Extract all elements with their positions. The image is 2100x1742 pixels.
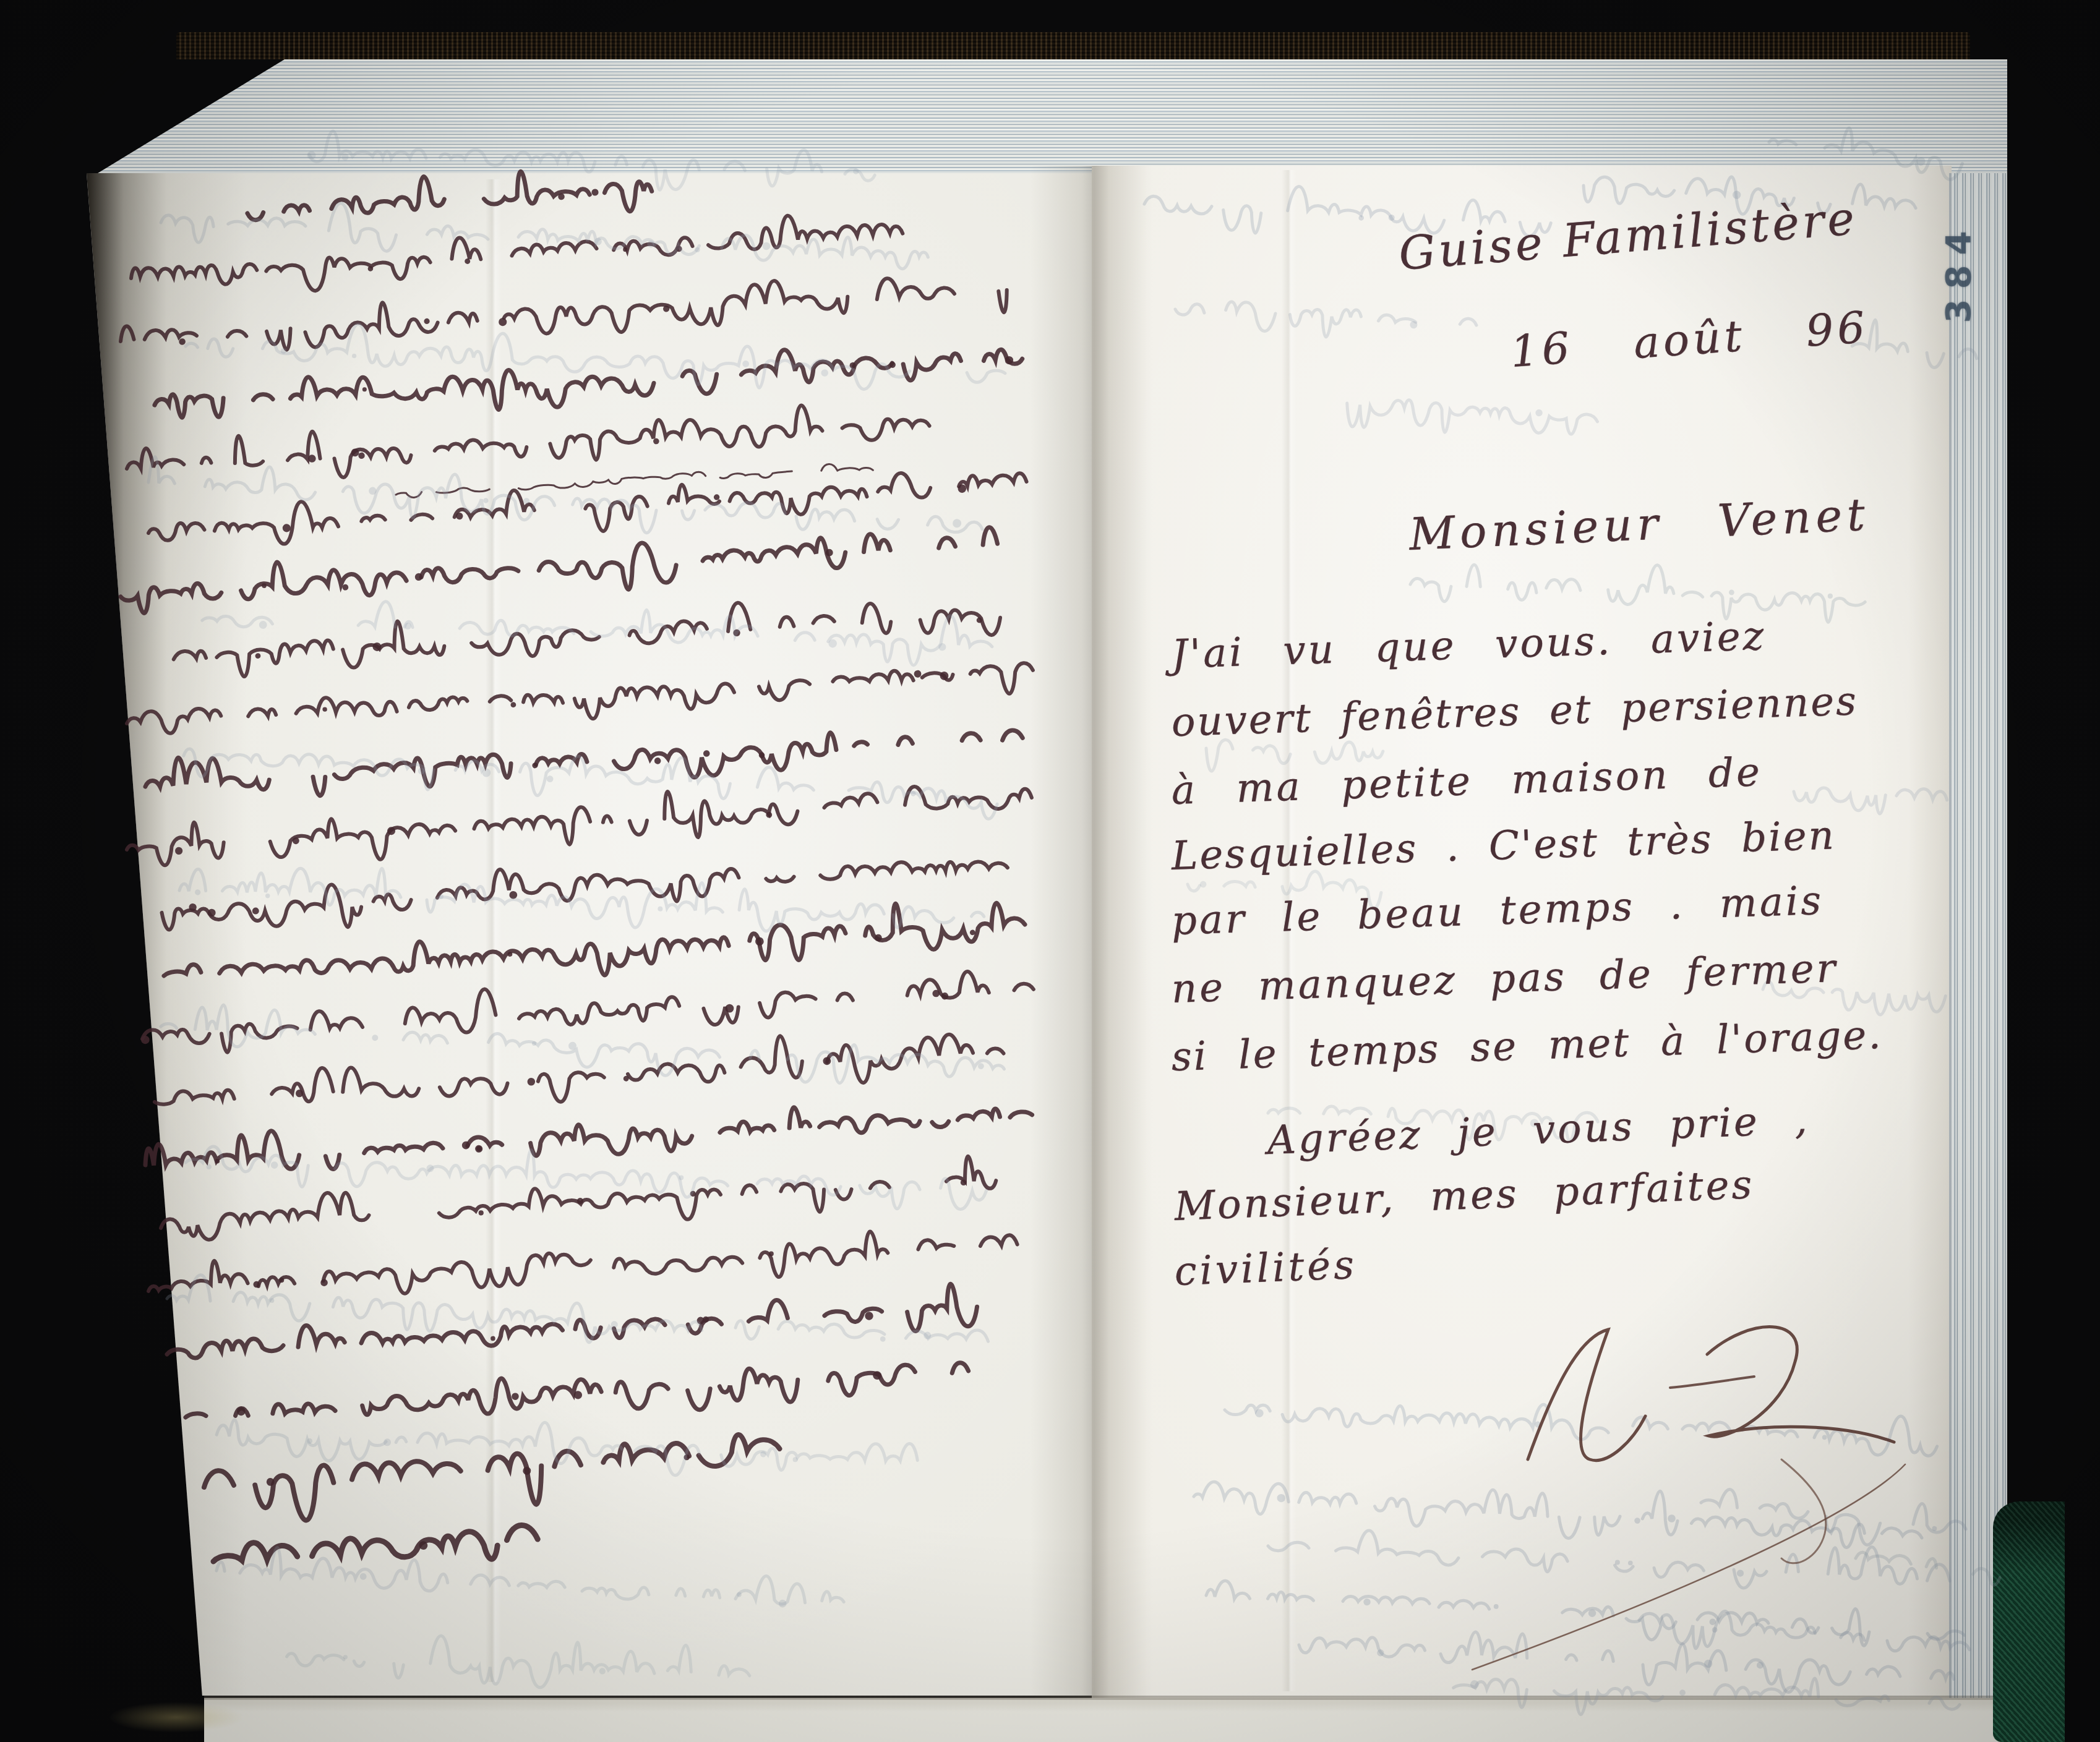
mirrored-offset-ink-line	[246, 163, 663, 234]
bleed-through-line	[182, 732, 999, 819]
bleed-through-line	[1205, 1575, 1965, 1656]
signature-flourish	[1670, 1377, 1754, 1388]
mirrored-offset-ink-line	[395, 460, 902, 498]
mirrored-offset-ink-line	[172, 589, 1001, 680]
mirrored-offset-ink-line	[126, 396, 931, 490]
bleed-through-line	[147, 456, 984, 550]
mirrored-offset-ink-line	[126, 657, 1034, 745]
bleed-through-line	[286, 1631, 781, 1696]
mirrored-offset-ink-line	[147, 1218, 1019, 1312]
bleed-through-line	[1793, 782, 1948, 818]
mirrored-offset-ink-line	[147, 461, 1028, 557]
handwriting-scribbles-layer	[0, 0, 2100, 1742]
bleed-through-line	[1346, 396, 1598, 440]
signature-flourish	[1528, 1330, 1645, 1461]
bleed-through-line	[1452, 1666, 1960, 1728]
page-number-stamp: 384	[1939, 206, 1978, 339]
mirrored-offset-ink-line	[166, 1283, 979, 1374]
mirrored-offset-ink-line	[153, 1023, 1005, 1125]
mirrored-offset-ink-line	[119, 518, 1029, 620]
bleed-through-line	[1699, 1480, 1968, 1555]
bleed-through-line	[1767, 120, 1965, 181]
mirrored-offset-ink-line	[119, 267, 1008, 363]
bleed-through-line	[1267, 1516, 1952, 1599]
mirrored-offset-ink-line	[162, 896, 1026, 1001]
letter-closing-line: civilités	[1173, 1242, 1358, 1295]
bleed-through-line	[1410, 557, 1866, 624]
mirrored-offset-ink-line	[139, 959, 1034, 1057]
signature-flourish	[1707, 1327, 1894, 1442]
bleed-through-line	[160, 1002, 1005, 1093]
bleed-through-line	[306, 130, 875, 198]
bleed-through-line	[216, 1411, 948, 1485]
bleed-through-line	[185, 318, 1006, 396]
bleed-through-line	[202, 589, 993, 668]
photo-of-open-letterbook: 384 Guise Familistère 16 août 96 Monsieu…	[0, 0, 2100, 1742]
bleed-through-line	[1174, 299, 1504, 346]
mirrored-offset-ink-line	[184, 1352, 970, 1438]
